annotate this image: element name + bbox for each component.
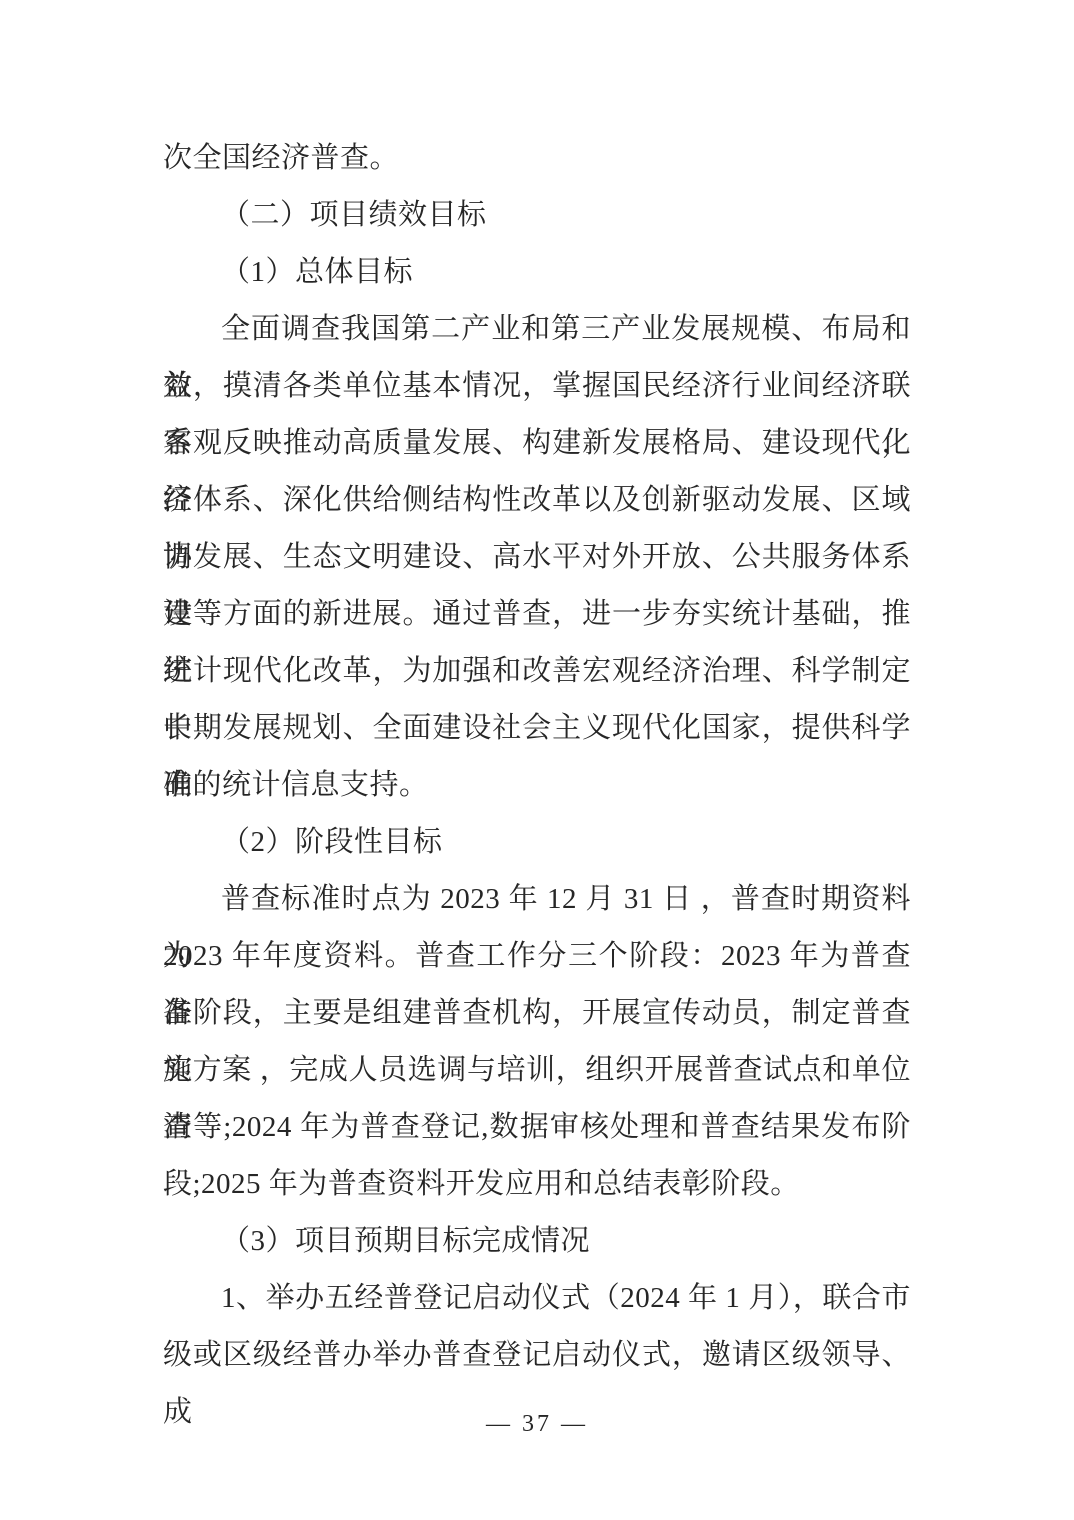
document-body: 次全国经济普查。 （二）项目绩效目标 （1）总体目标 全面调查我国第二产业和第三… bbox=[163, 130, 911, 1384]
paragraph-stage-goals-line-1: 普查标准时点为 2023 年 12 月 31 日 ，普查时期资料为 bbox=[163, 871, 911, 928]
paragraph-overall-goal-line-5: 调发展、生态文明建设、高水平对外开放、公共服务体系建 bbox=[163, 529, 911, 586]
heading-project-performance-goals: （二）项目绩效目标 bbox=[163, 187, 911, 244]
paragraph-overall-goal-line-4: 济体系、深化供给侧结构性改革以及创新驱动发展、区域协 bbox=[163, 472, 911, 529]
heading-overall-goal: （1）总体目标 bbox=[163, 244, 911, 301]
paragraph-stage-goals-line-5: 查等;2024 年为普查登记,数据审核处理和普查结果发布阶 bbox=[163, 1099, 911, 1156]
paragraph-stage-goals-line-3: 备阶段，主要是组建普查机构，开展宣传动员，制定普查实 bbox=[163, 985, 911, 1042]
heading-stage-goals: （2）阶段性目标 bbox=[163, 814, 911, 871]
paragraph-stage-goals-line-6: 段;2025 年为普查资料开发应用和总结表彰阶段。 bbox=[163, 1156, 911, 1213]
paragraph-overall-goal-line-9: 确的统计信息支持。 bbox=[163, 757, 911, 814]
paragraph-overall-goal-line-3: 客观反映推动高质量发展、构建新发展格局、建设现代化经 bbox=[163, 415, 911, 472]
paragraph-overall-goal-line-6: 设等方面的新进展。通过普查，进一步夯实统计基础，推进 bbox=[163, 586, 911, 643]
paragraph-overall-goal-line-2: 益，摸清各类单位基本情况，掌握国民经济行业间经济联系， bbox=[163, 358, 911, 415]
paragraph-overall-goal-line-1: 全面调查我国第二产业和第三产业发展规模、布局和效 bbox=[163, 301, 911, 358]
paragraph-stage-goals-line-4: 施方案 ，完成人员选调与培训，组织开展普查试点和单位清 bbox=[163, 1042, 911, 1099]
paragraph-overall-goal-line-8: 长期发展规划、全面建设社会主义现代化国家，提供科学准 bbox=[163, 700, 911, 757]
document-page: { "colors": { "background": "#ffffff", "… bbox=[0, 0, 1074, 1520]
paragraph-stage-goals-line-2: 2023 年年度资料。普查工作分三个阶段：2023 年为普查准 bbox=[163, 928, 911, 985]
paragraph-overall-goal-line-7: 统计现代化改革，为加强和改善宏观经济治理、科学制定中 bbox=[163, 643, 911, 700]
heading-expected-goal-completion: （3）项目预期目标完成情况 bbox=[163, 1213, 911, 1270]
page-number: — 37 — bbox=[0, 1402, 1074, 1446]
paragraph-item-1-line-1: 1、举办五经普登记启动仪式（2024 年 1 月），联合市 bbox=[163, 1270, 911, 1327]
text-line-continuation: 次全国经济普查。 bbox=[163, 130, 911, 187]
paragraph-item-1-line-2: 级或区级经普办举办普查登记启动仪式，邀请区级领导、成 bbox=[163, 1327, 911, 1384]
